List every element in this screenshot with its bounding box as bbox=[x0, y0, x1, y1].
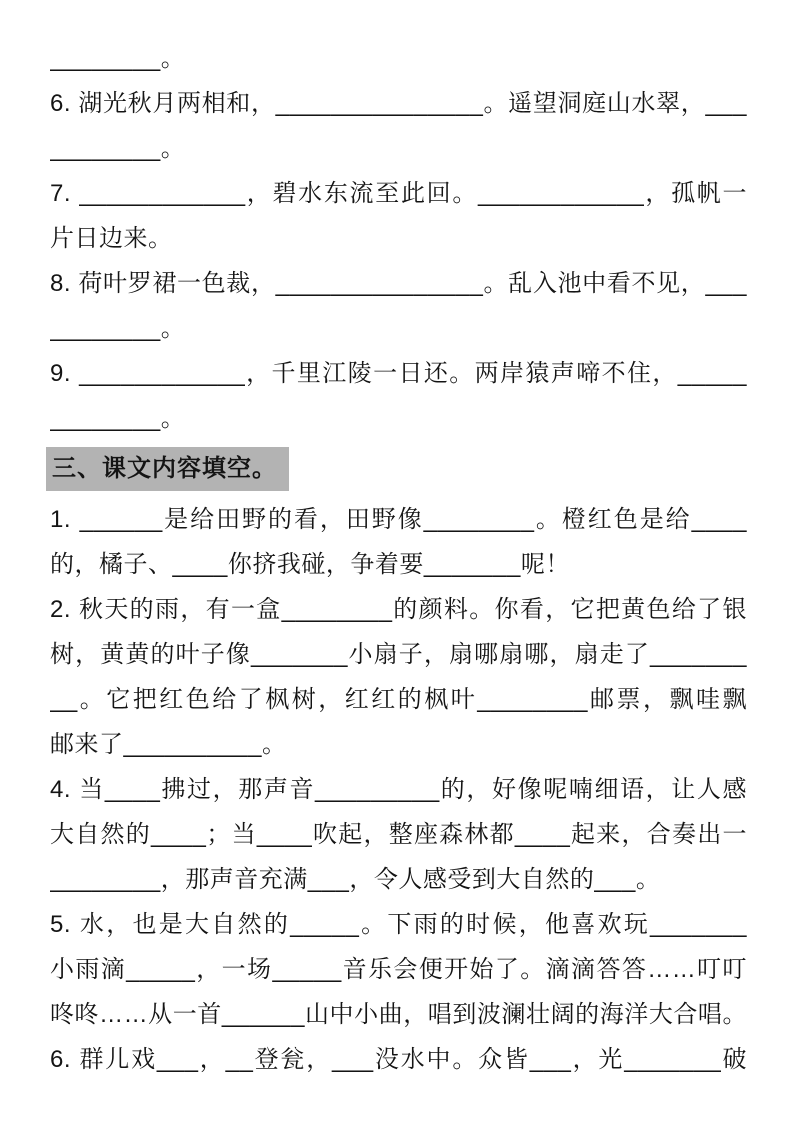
worksheet-line: ________，那声音充满___，令人感受到大自然的___。 bbox=[50, 857, 747, 902]
worksheet-line: __。它把红色给了枫树，红红的枫叶________邮票，飘哇飘哇， bbox=[50, 677, 747, 722]
text-fill-in-section: 1. ______是给田野的看，田野像________。橙红色是给____的，橘… bbox=[50, 497, 747, 1082]
poem-fill-in-section: ________。6. 湖光秋月两相和，_______________。遥望洞庭… bbox=[50, 36, 747, 441]
section-heading: 三、课文内容填空。 bbox=[46, 447, 289, 491]
worksheet-line: 2. 秋天的雨，有一盒________的颜料。你看，它把黄色给了银杏 bbox=[50, 587, 747, 632]
worksheet-line: 小雨滴_____，一场_____音乐会便开始了。滴滴答答……叮叮 bbox=[50, 947, 747, 992]
worksheet-line: 6. 湖光秋月两相和，_______________。遥望洞庭山水翠，_____ bbox=[50, 81, 747, 126]
worksheet-line: 咚咚……从一首______山中小曲，唱到波澜壮阔的海洋大合唱。 bbox=[50, 992, 747, 1037]
worksheet-line: 8. 荷叶罗裙一色裁，_______________。乱入池中看不见，____ bbox=[50, 261, 747, 306]
worksheet-line: 6. 群儿戏___，__登瓮，___没水中。众皆___，光_______破 bbox=[50, 1037, 747, 1082]
worksheet-page: ________。6. 湖光秋月两相和，_______________。遥望洞庭… bbox=[0, 0, 793, 1122]
worksheet-line: ________。 bbox=[50, 306, 747, 351]
worksheet-line: 7. ____________，碧水东流至此回。____________，孤帆一 bbox=[50, 171, 747, 216]
worksheet-line: 1. ______是给田野的看，田野像________。橙红色是给____ bbox=[50, 497, 747, 542]
worksheet-line: 的，橘子、____你挤我碰，争着要_______呢！ bbox=[50, 542, 747, 587]
worksheet-line: ________。 bbox=[50, 126, 747, 171]
worksheet-content: ________。6. 湖光秋月两相和，_______________。遥望洞庭… bbox=[50, 36, 747, 1082]
worksheet-line: 9. ____________，千里江陵一日还。两岸猿声啼不住，_____ bbox=[50, 351, 747, 396]
worksheet-line: 4. 当____拂过，那声音_________的，好像呢喃细语，让人感受到 bbox=[50, 767, 747, 812]
section-heading-row: 三、课文内容填空。 bbox=[50, 441, 747, 497]
worksheet-line: 片日边来。 bbox=[50, 216, 747, 261]
worksheet-line: 大自然的____；当____吹起，整座森林都____起来，合奏出一首 bbox=[50, 812, 747, 857]
worksheet-line: 树，黄黄的叶子像_______小扇子，扇哪扇哪，扇走了___________ bbox=[50, 632, 747, 677]
worksheet-line: ________。 bbox=[50, 36, 747, 81]
worksheet-line: ________。 bbox=[50, 396, 747, 441]
worksheet-line: 5. 水，也是大自然的_____。下雨的时候，他喜欢玩________。 bbox=[50, 902, 747, 947]
worksheet-line: 邮来了__________。 bbox=[50, 722, 747, 767]
